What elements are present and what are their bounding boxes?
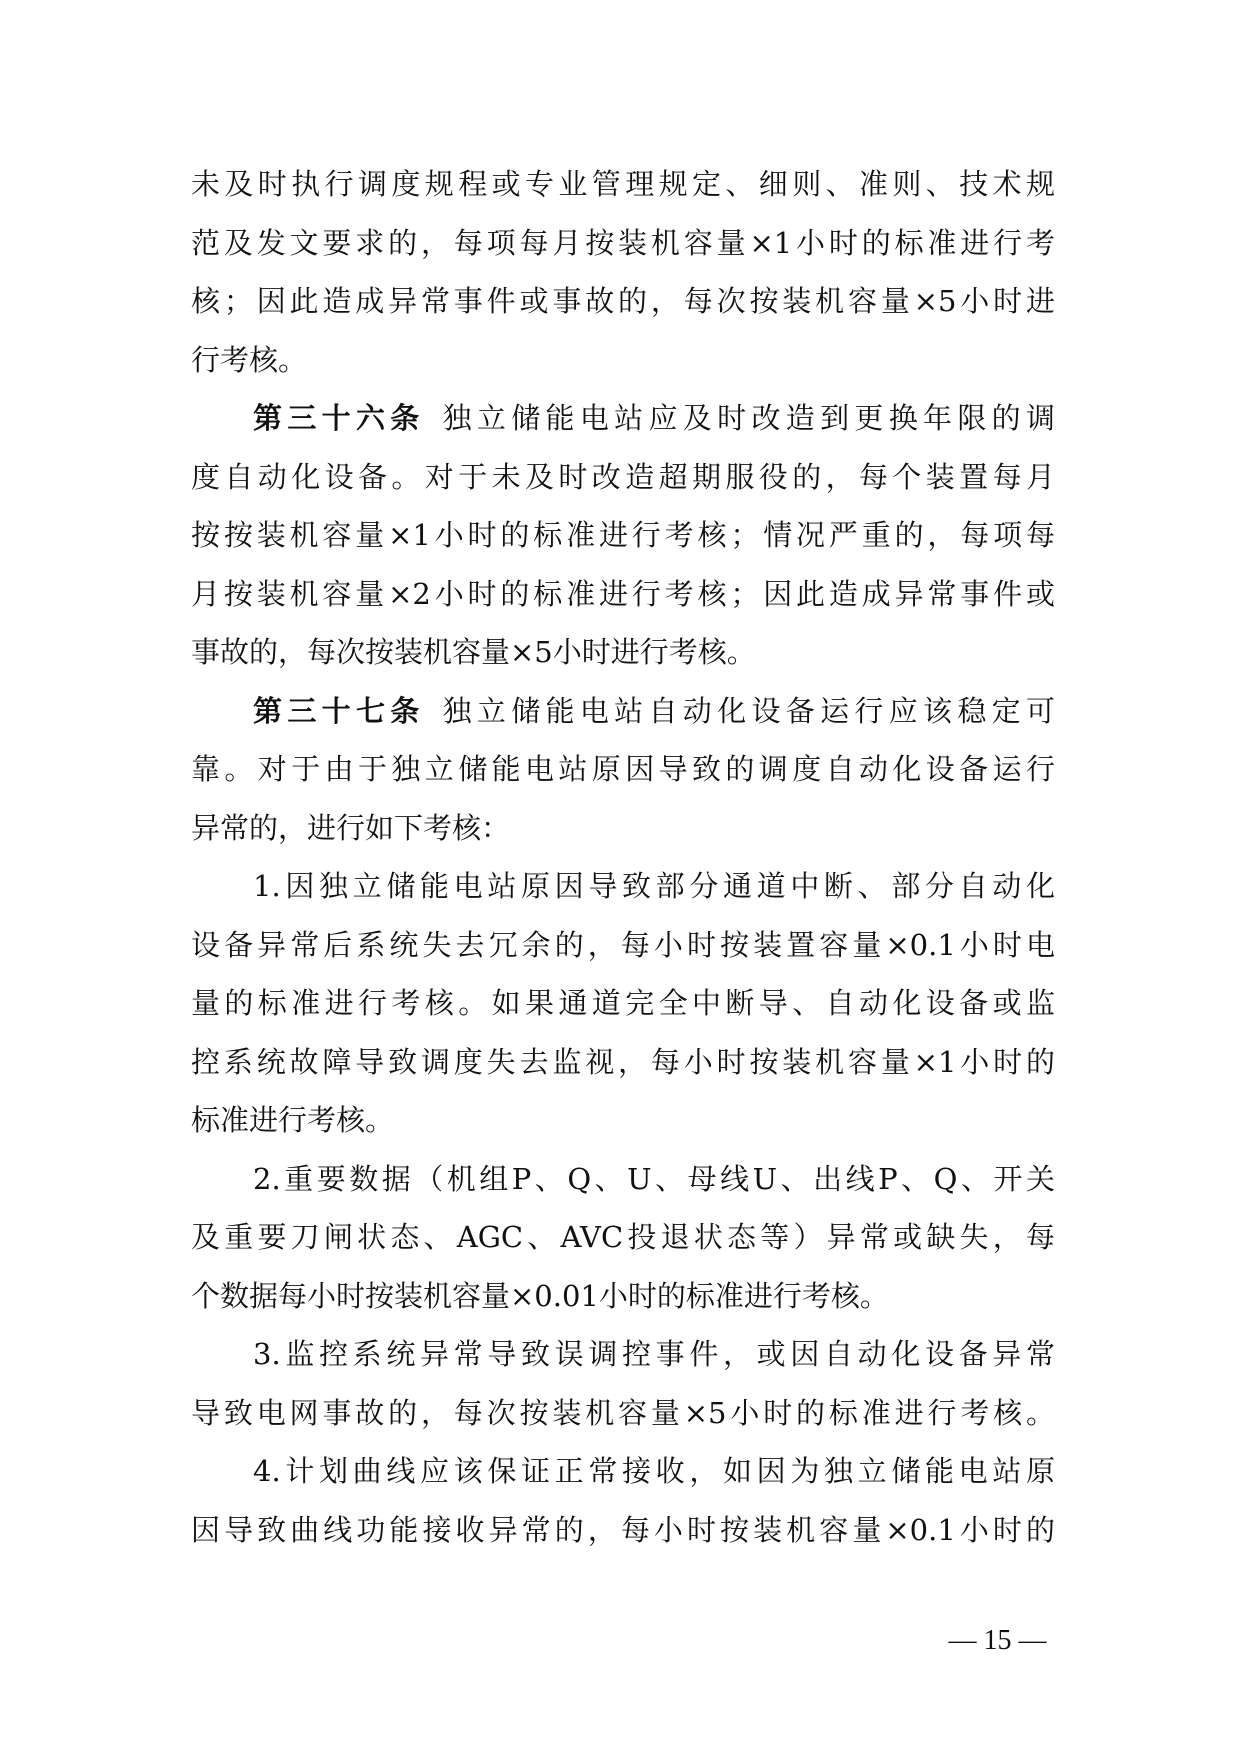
text-line: 按按装机容量×1小时的标准进行考核；情况严重的，每项每 [191, 513, 1055, 572]
text-line: 导致电网事故的，每次按装机容量×5小时的标准进行考核。 [191, 1391, 1055, 1450]
text-line: 核；因此造成异常事件或事故的，每次按装机容量×5小时进 [191, 279, 1055, 338]
article-heading: 第三十七条 [253, 694, 425, 728]
text-line: 月按装机容量×2小时的标准进行考核；因此造成异常事件或 [191, 572, 1055, 631]
document-body: 未及时执行调度规程或专业管理规定、细则、准则、技术规 范及发文要求的，每项每月按… [191, 162, 1055, 1566]
text-line: 未及时执行调度规程或专业管理规定、细则、准则、技术规 [191, 162, 1055, 221]
text-line: 控系统故障导致调度失去监视，每小时按装机容量×1小时的 [191, 1040, 1055, 1099]
page-number: — 15 — [935, 1623, 1060, 1659]
list-item-3-line: 3.监控系统异常导致误调控事件，或因自动化设备异常 [191, 1332, 1055, 1391]
text-line: 行考核。 [191, 338, 1055, 397]
text-line: 标准进行考核。 [191, 1098, 1055, 1157]
text-line: 因导致曲线功能接收异常的，每小时按装机容量×0.1小时的 [191, 1508, 1055, 1567]
list-item-2-line: 2.重要数据（机组P、Q、U、母线U、出线P、Q、开关 [191, 1157, 1055, 1216]
list-item-4-line: 4.计划曲线应该保证正常接收，如因为独立储能电站原 [191, 1449, 1055, 1508]
text-line: 个数据每小时按装机容量×0.01小时的标准进行考核。 [191, 1274, 1055, 1333]
text-line: 及重要刀闸状态、AGC、AVC投退状态等）异常或缺失，每 [191, 1215, 1055, 1274]
text-line: 设备异常后系统失去冗余的，每小时按装置容量×0.1小时电 [191, 923, 1055, 982]
text-span: 独立储能电站应及时改造到更换年限的调 [443, 401, 1055, 435]
text-line: 事故的，每次按装机容量×5小时进行考核。 [191, 630, 1055, 689]
text-line: 量的标准进行考核。如果通道完全中断导、自动化设备或监 [191, 981, 1055, 1040]
text-line: 度自动化设备。对于未及时改造超期服役的，每个装置每月 [191, 455, 1055, 514]
document-page: 未及时执行调度规程或专业管理规定、细则、准则、技术规 范及发文要求的，每项每月按… [0, 0, 1240, 1754]
text-line: 范及发文要求的，每项每月按装机容量×1小时的标准进行考 [191, 221, 1055, 280]
text-line: 异常的，进行如下考核： [191, 806, 1055, 865]
article-36-first-line: 第三十六条独立储能电站应及时改造到更换年限的调 [191, 396, 1055, 455]
text-span: 独立储能电站自动化设备运行应该稳定可 [443, 694, 1055, 728]
text-line: 靠。对于由于独立储能电站原因导致的调度自动化设备运行 [191, 747, 1055, 806]
article-37-first-line: 第三十七条独立储能电站自动化设备运行应该稳定可 [191, 689, 1055, 748]
list-item-1-line: 1.因独立储能电站原因导致部分通道中断、部分自动化 [191, 864, 1055, 923]
article-heading: 第三十六条 [253, 401, 425, 435]
